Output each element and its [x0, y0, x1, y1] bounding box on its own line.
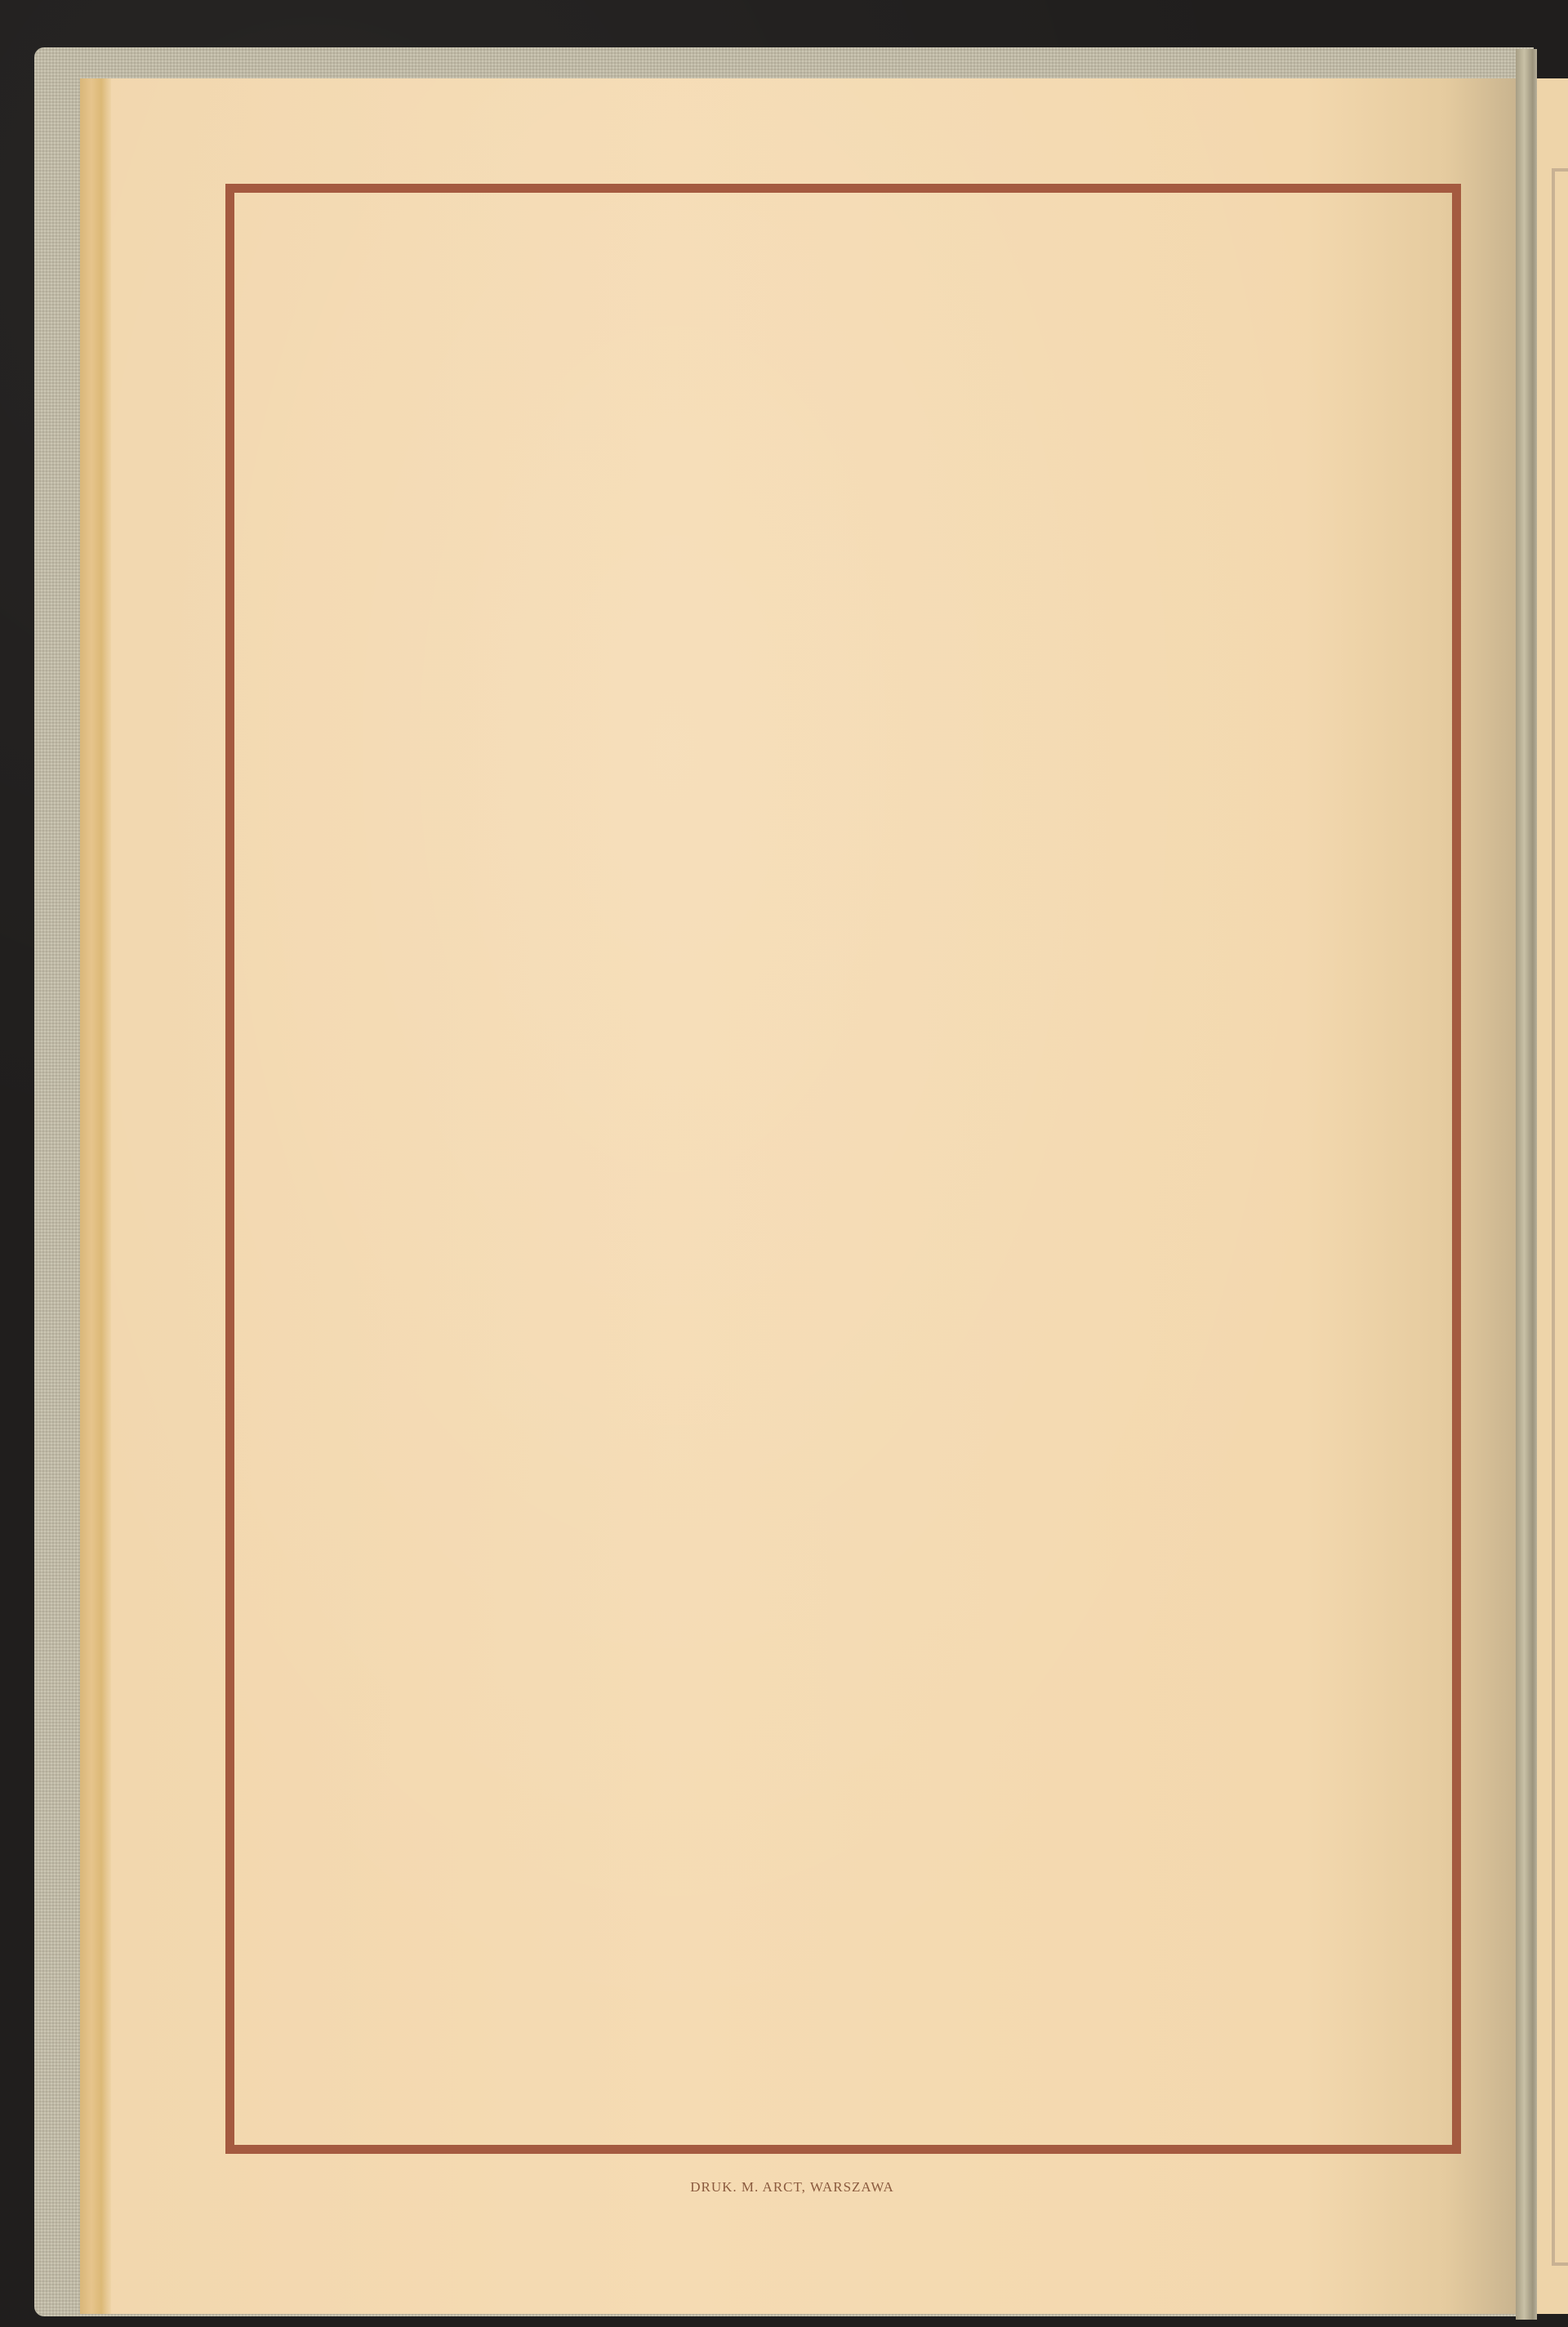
- facing-page-frame: [1552, 168, 1568, 2266]
- printer-imprint: DRUK. M. ARCT, WARSZAWA: [0, 2179, 1568, 2195]
- decorative-page-frame: [225, 184, 1461, 2154]
- book-gutter: [1516, 49, 1537, 2320]
- facing-page-edge: [1537, 78, 1568, 2314]
